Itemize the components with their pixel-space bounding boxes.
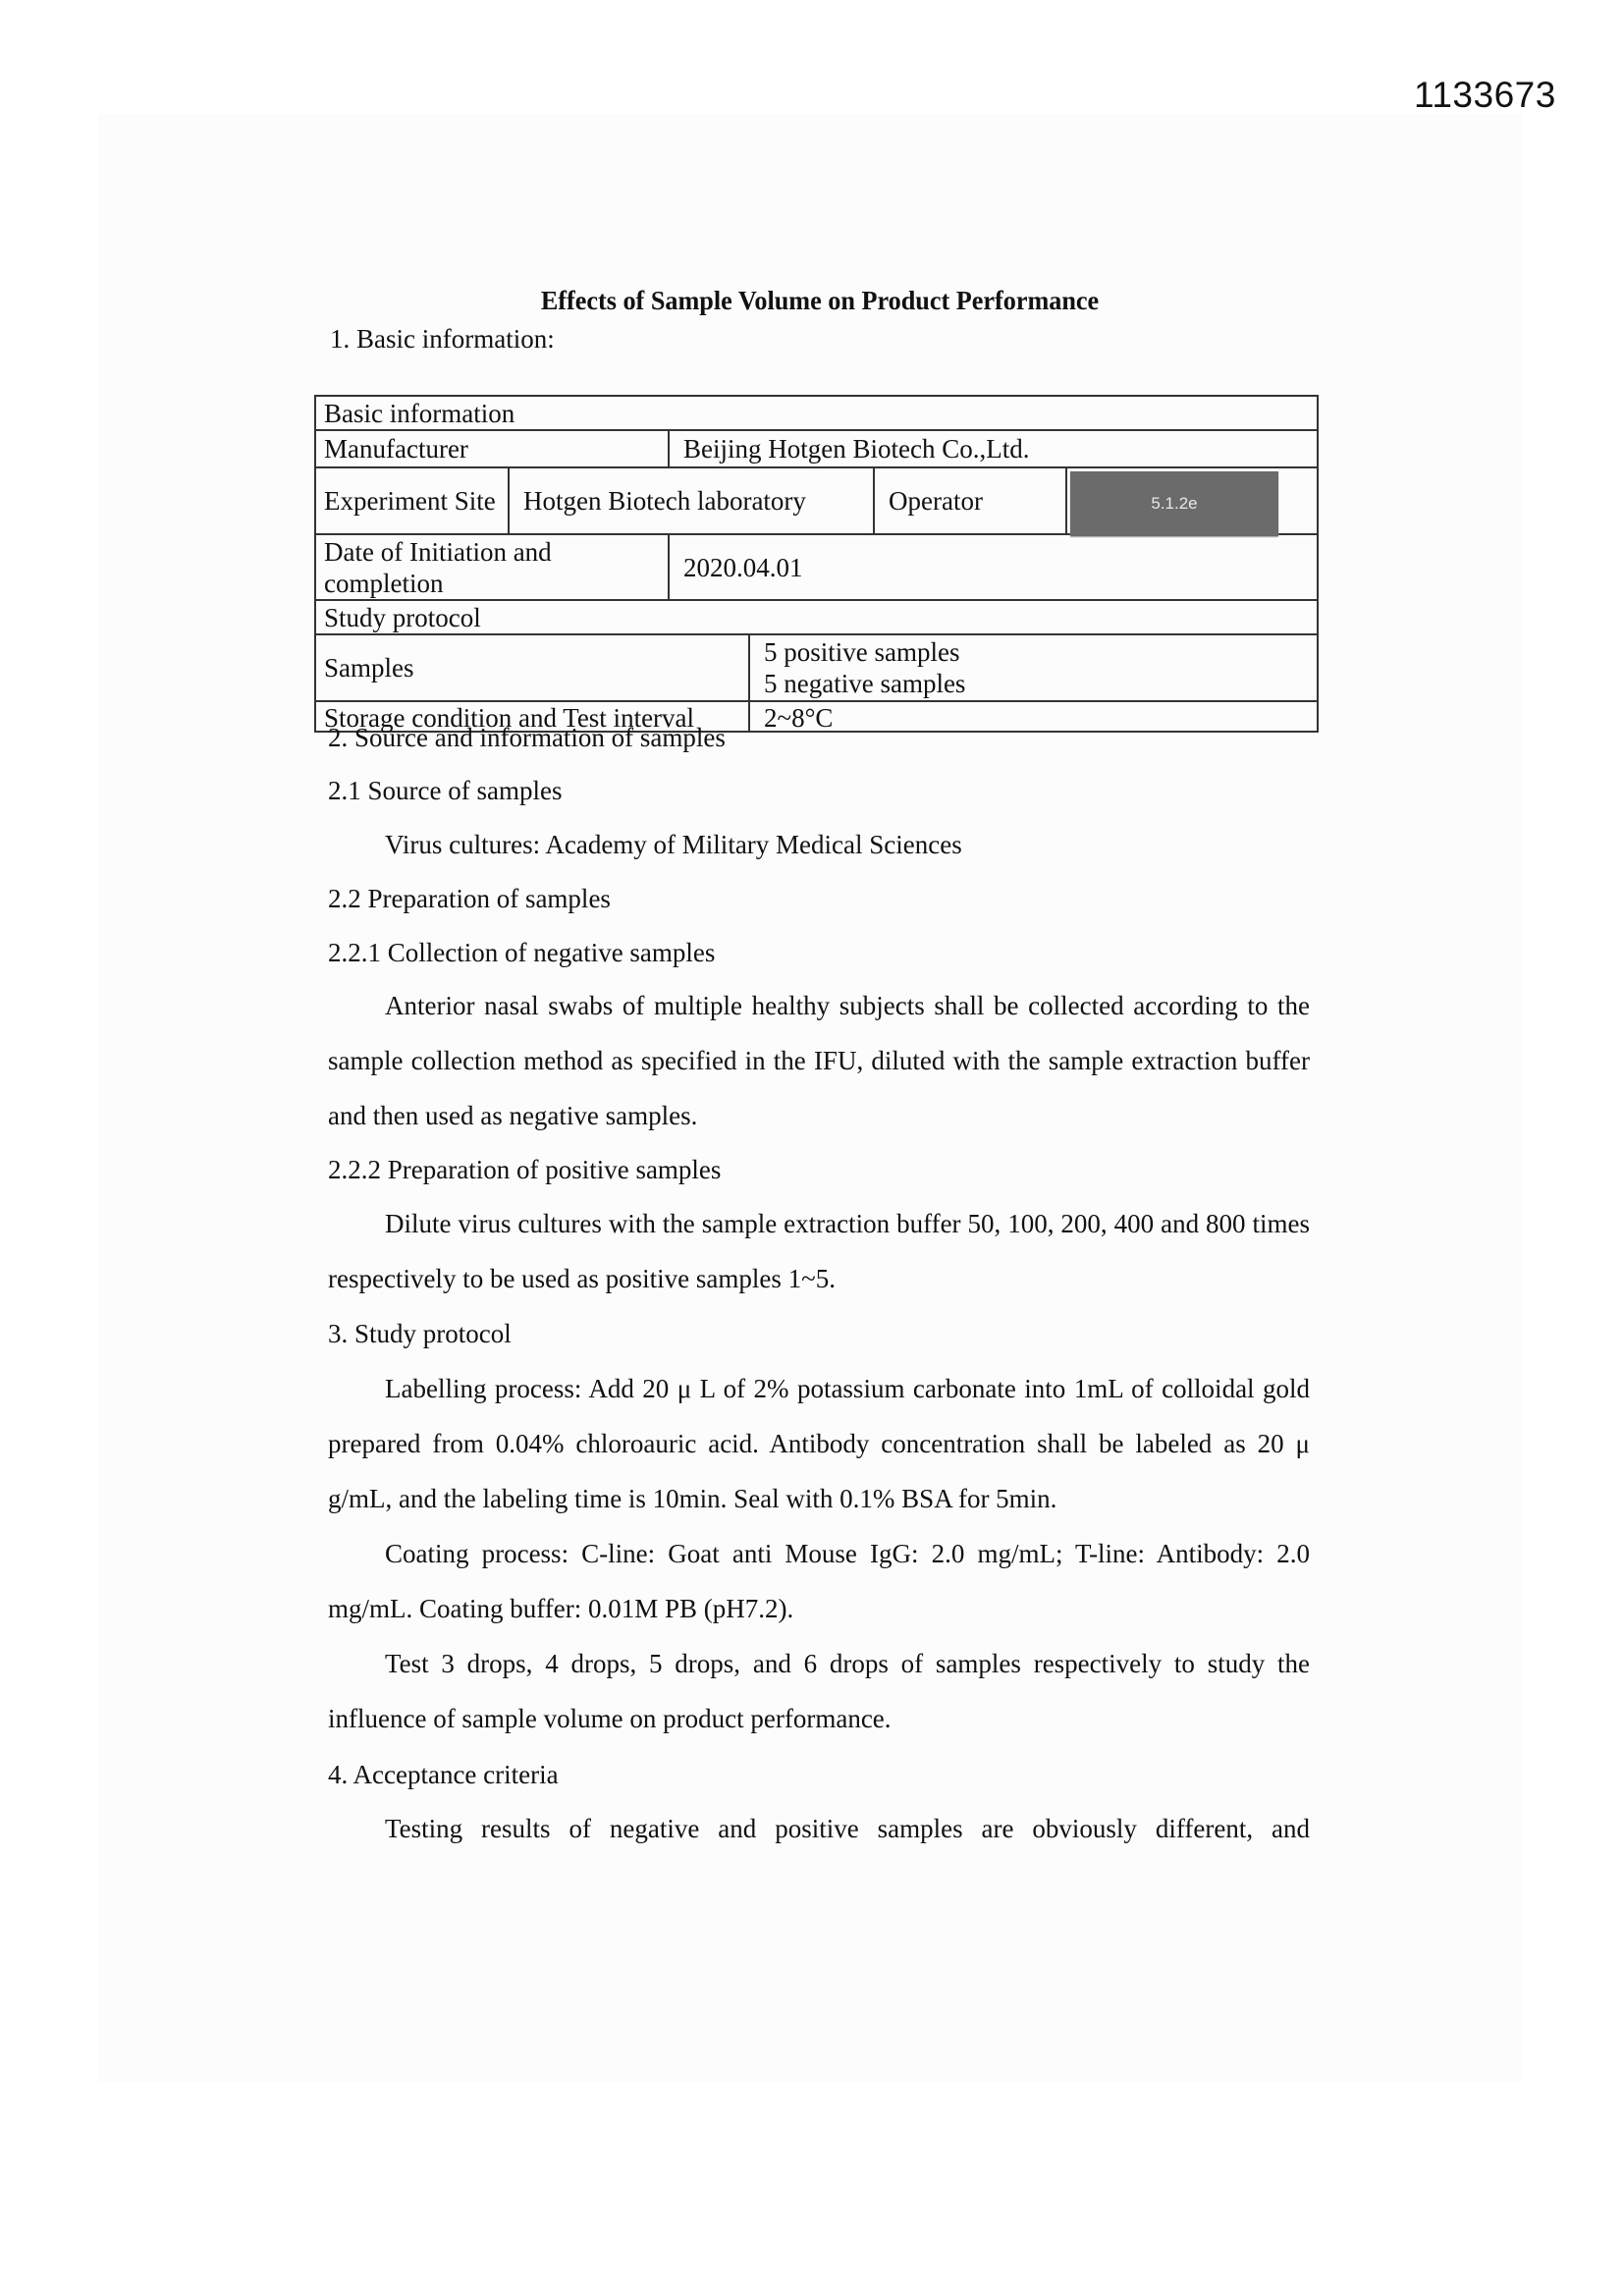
negative-samples-text: Anterior nasal swabs of multiple healthy…	[328, 978, 1310, 1143]
document-title: Effects of Sample Volume on Product Perf…	[310, 286, 1329, 316]
operator-label: Operator	[873, 468, 1065, 533]
basic-information-table: Basic information Manufacturer Beijing H…	[314, 395, 1319, 733]
acceptance-criteria-text: Testing results of negative and positive…	[328, 1801, 1310, 1856]
table-row: Basic information	[316, 397, 1317, 431]
table-row: Manufacturer Beijing Hotgen Biotech Co.,…	[316, 431, 1317, 468]
experiment-site-value: Hotgen Biotech laboratory	[508, 468, 873, 533]
source-of-samples-heading: 2.1 Source of samples	[328, 776, 562, 806]
date-value: 2020.04.01	[668, 535, 1317, 599]
document-id: 1133673	[1414, 75, 1556, 116]
storage-value: 2~8°C	[748, 702, 1317, 733]
operator-redaction-box: 5.1.2e	[1070, 471, 1278, 536]
table-header-cell: Basic information	[316, 397, 1317, 429]
positive-samples-heading: 2.2.2 Preparation of positive samples	[328, 1155, 721, 1185]
manufacturer-label: Manufacturer	[316, 431, 668, 466]
negative-samples-heading: 2.2.1 Collection of negative samples	[328, 938, 715, 968]
source-of-samples-text: Virus cultures: Academy of Military Medi…	[385, 830, 962, 860]
table-row: Date of Initiation and completion 2020.0…	[316, 535, 1317, 601]
coating-process-text: Coating process: C-line: Goat anti Mouse…	[328, 1526, 1310, 1636]
table-row: Study protocol	[316, 601, 1317, 635]
labelling-process-text: Labelling process: Add 20 μ L of 2% pota…	[328, 1361, 1310, 1526]
manufacturer-value: Beijing Hotgen Biotech Co.,Ltd.	[668, 431, 1317, 466]
study-protocol-heading: 3. Study protocol	[328, 1319, 512, 1349]
study-protocol-label: Study protocol	[316, 601, 1317, 633]
acceptance-criteria-heading: 4. Acceptance criteria	[328, 1760, 559, 1790]
samples-value-positive: 5 positive samples	[764, 636, 959, 668]
experiment-site-label: Experiment Site	[316, 468, 508, 533]
samples-value-negative: 5 negative samples	[764, 668, 965, 699]
samples-label: Samples	[316, 635, 748, 700]
table-row: Samples 5 positive samples 5 negative sa…	[316, 635, 1317, 702]
preparation-heading: 2.2 Preparation of samples	[328, 884, 611, 914]
section-basic-information-heading: 1. Basic information:	[330, 324, 555, 355]
test-drops-text: Test 3 drops, 4 drops, 5 drops, and 6 dr…	[328, 1636, 1310, 1746]
positive-samples-text: Dilute virus cultures with the sample ex…	[328, 1196, 1310, 1306]
section-source-heading: 2. Source and information of samples	[328, 723, 726, 753]
date-label: Date of Initiation and completion	[316, 535, 668, 599]
